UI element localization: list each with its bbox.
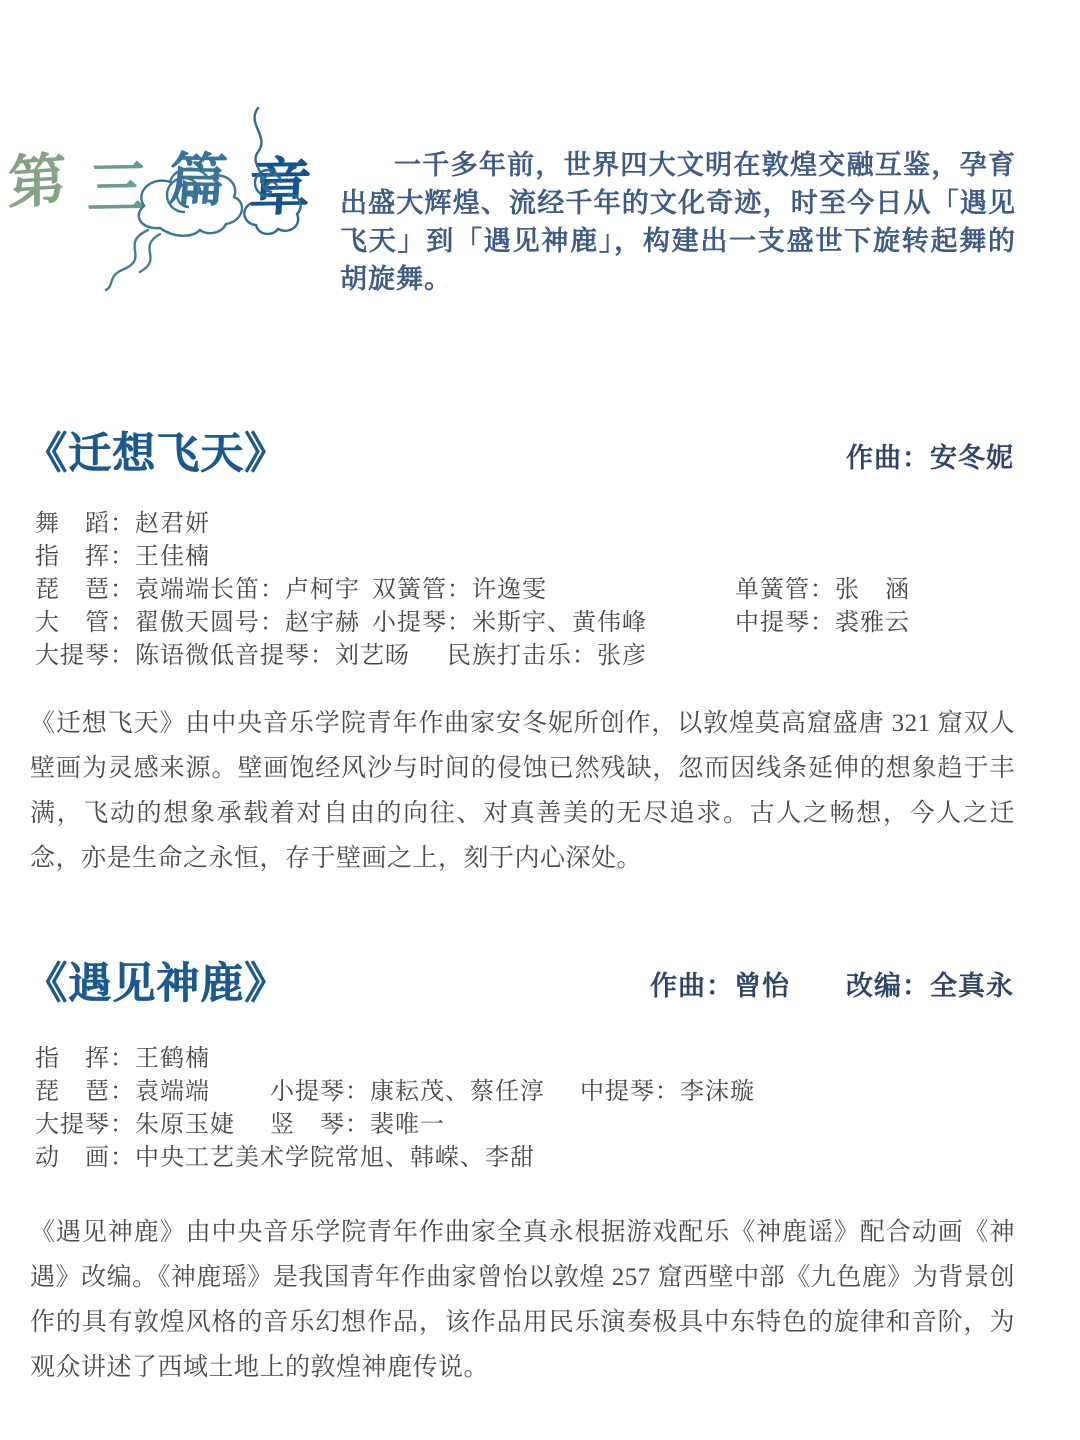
credit-cell: 竖 琴：裴唯一 [270,1104,445,1139]
credit-cell: 民族打击乐：张彦 [447,635,647,670]
credit-cell: 小提琴：康耘茂、蔡任淳 [270,1071,545,1106]
piece2-description: 《遇见神鹿》由中央音乐学院青年作曲家全真永根据游戏配乐《神鹿谣》配合动画《神遇》… [30,1210,1015,1390]
chapter-title-char: 第 [8,132,70,220]
piece1-composer: 作曲：安冬妮 [846,436,1014,475]
credit-row: 指 挥：王鹤楠 [35,1038,1045,1071]
credit-cell: 低音提琴：刘艺旸 [210,635,410,670]
credit-cell: 指 挥：王鹤楠 [35,1038,210,1073]
credit-cell: 大提琴：陈语微 [35,635,210,670]
piece2-title: 《遇见神鹿》 [24,950,288,1011]
credit-row: 大 管：翟傲天 圆号：赵宇赫 小提琴：米斯宇、黄伟峰 中提琴：裘雅云 [35,602,1045,635]
credit-cell: 长笛：卢柯宇 [210,569,360,604]
piece2-credits: 指 挥：王鹤楠 琵 琶：袁端端 小提琴：康耘茂、蔡任淳 中提琴：李沫璇 大提琴：… [35,1038,1045,1170]
credit-row: 大提琴：朱原玉婕 竖 琴：裴唯一 [35,1104,1045,1137]
credit-cell: 中提琴：李沫璇 [580,1071,755,1106]
credit-row: 舞 蹈：赵君妍 [35,503,1045,536]
credit-cell: 双簧管：许逸雯 [372,569,547,604]
credit-cell: 琵 琶：袁端端 [35,1071,210,1106]
credit-cell: 大提琴：朱原玉婕 [35,1104,235,1139]
chapter-intro: 一千多年前，世界四大文明在敦煌交融互鉴，孕育出盛大辉煌、流经千年的文化奇迹，时至… [340,146,1016,298]
piece2-composer: 作曲：曾怡 改编：全真永 [650,964,1014,1003]
credit-cell: 小提琴：米斯宇、黄伟峰 [372,602,647,637]
program-page: 第 三 篇 章 一千多年前，世界四大文明在敦煌交融互鉴，孕育出盛大辉煌、流经千年… [0,0,1080,1440]
credit-cell: 大 管：翟傲天 [35,602,210,637]
piece1-title: 《迁想飞天》 [24,420,288,481]
credit-cell: 单簧管：张 涵 [735,569,910,604]
credit-row: 动 画：中央工艺美术学院常旭、韩嵘、李甜 [35,1137,1045,1170]
piece1-description: 《迁想飞天》由中央音乐学院青年作曲家安冬妮所创作，以敦煌莫高窟盛唐 321 窟双… [30,701,1015,881]
credit-row: 指 挥：王佳楠 [35,536,1045,569]
credit-cell: 指 挥：王佳楠 [35,536,210,571]
credit-row: 琵 琶：袁端端 长笛：卢柯宇 双簧管：许逸雯 单簧管：张 涵 [35,569,1045,602]
piece1-credits: 舞 蹈：赵君妍 指 挥：王佳楠 琵 琶：袁端端 长笛：卢柯宇 双簧管：许逸雯 单… [35,503,1045,668]
credit-row: 琵 琶：袁端端 小提琴：康耘茂、蔡任淳 中提琴：李沫璇 [35,1071,1045,1104]
auspicious-cloud-icon [100,100,325,295]
credit-cell: 动 画：中央工艺美术学院常旭、韩嵘、李甜 [35,1137,535,1172]
credit-cell: 中提琴：裘雅云 [735,602,910,637]
credit-cell: 琵 琶：袁端端 [35,569,210,604]
credit-cell: 舞 蹈：赵君妍 [35,503,210,538]
credit-row: 大提琴：陈语微 低音提琴：刘艺旸 民族打击乐：张彦 [35,635,1045,668]
credit-cell: 圆号：赵宇赫 [210,602,360,637]
